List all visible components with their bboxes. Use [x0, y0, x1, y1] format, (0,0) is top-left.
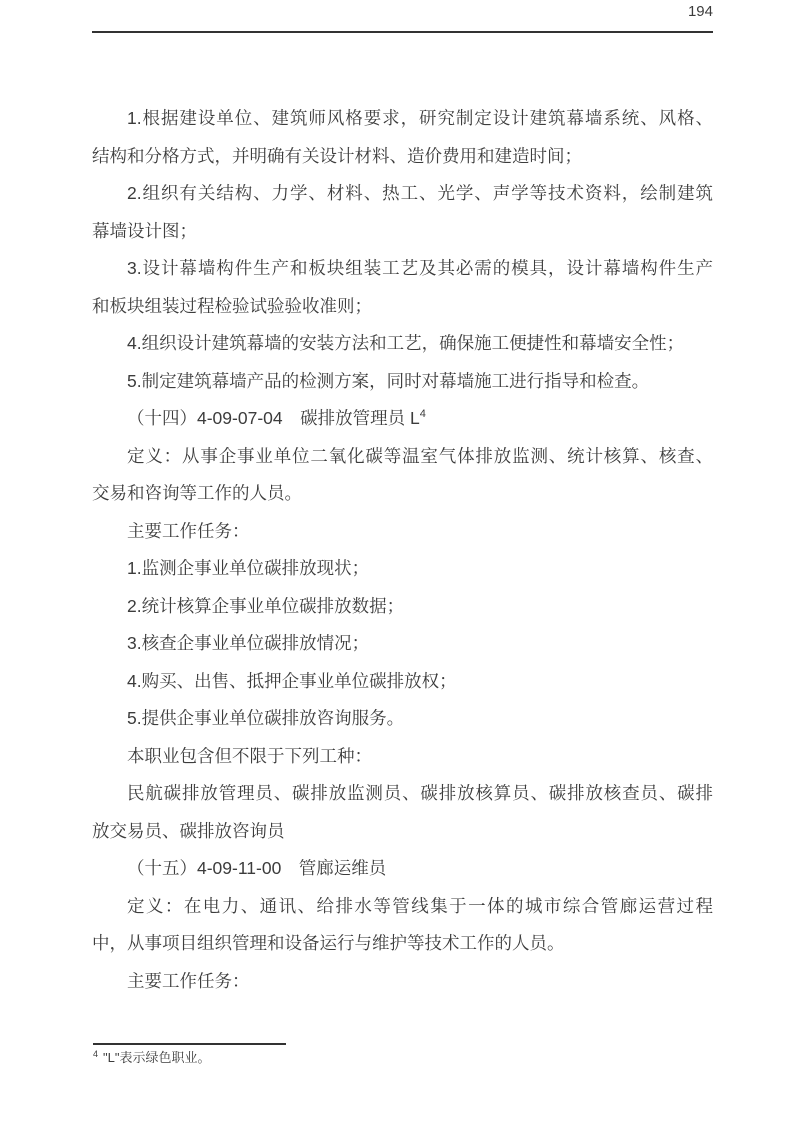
text-line: 和板块组装过程检验试验验收准则； [92, 288, 713, 326]
document-body: 1.根据建设单位、建筑师风格要求，研究制定设计建筑幕墙系统、风格、 结构和分格方… [92, 100, 713, 1000]
text-line: 定义：在电力、通讯、给排水等管线集于一体的城市综合管廊运营过程 [92, 888, 713, 926]
text-line: 交易和咨询等工作的人员。 [92, 475, 713, 513]
text-line: 放交易员、碳排放咨询员 [92, 813, 713, 851]
text-line: 4.购买、出售、抵押企事业单位碳排放权； [92, 663, 713, 701]
section-heading-14: （十四）4-09-07-04 碳排放管理员 L4 [92, 400, 713, 438]
text-line: 5.提供企事业单位碳排放咨询服务。 [92, 700, 713, 738]
footnote-separator-rule [93, 1043, 286, 1045]
text-line: 4.组织设计建筑幕墙的安装方法和工艺，确保施工便捷性和幕墙安全性； [92, 325, 713, 363]
text-line: 1.监测企事业单位碳排放现状； [92, 550, 713, 588]
footnote-text: "L"表示绿色职业。 [103, 1050, 210, 1065]
text-line: 3.设计幕墙构件生产和板块组装工艺及其必需的模具，设计幕墙构件生产 [92, 250, 713, 288]
text-line: 本职业包含但不限于下列工种： [92, 738, 713, 776]
page-number: 194 [92, 3, 713, 20]
text-line: 定义：从事企事业单位二氧化碳等温室气体排放监测、统计核算、核查、 [92, 438, 713, 476]
text-line: 民航碳排放管理员、碳排放监测员、碳排放核算员、碳排放核查员、碳排 [92, 775, 713, 813]
text-line: 结构和分格方式，并明确有关设计材料、造价费用和建造时间； [92, 138, 713, 176]
text-line: 1.根据建设单位、建筑师风格要求，研究制定设计建筑幕墙系统、风格、 [92, 100, 713, 138]
text-line: 主要工作任务： [92, 963, 713, 1001]
section-heading-text: （十四）4-09-07-04 碳排放管理员 L [127, 408, 420, 428]
section-heading-15: （十五）4-09-11-00 管廊运维员 [92, 850, 713, 888]
text-line: 主要工作任务： [92, 513, 713, 551]
footnote-reference: 4 [420, 408, 426, 420]
text-line: 2.组织有关结构、力学、材料、热工、光学、声学等技术资料，绘制建筑 [92, 175, 713, 213]
footnote-marker: 4 [93, 1049, 98, 1059]
text-line: 幕墙设计图； [92, 213, 713, 251]
footnote: 4"L"表示绿色职业。 [93, 1048, 210, 1068]
text-line: 2.统计核算企事业单位碳排放数据； [92, 588, 713, 626]
text-line: 中，从事项目组织管理和设备运行与维护等技术工作的人员。 [92, 925, 713, 963]
text-line: 3.核查企事业单位碳排放情况； [92, 625, 713, 663]
header-rule [92, 31, 713, 33]
text-line: 5.制定建筑幕墙产品的检测方案，同时对幕墙施工进行指导和检查。 [92, 363, 713, 401]
